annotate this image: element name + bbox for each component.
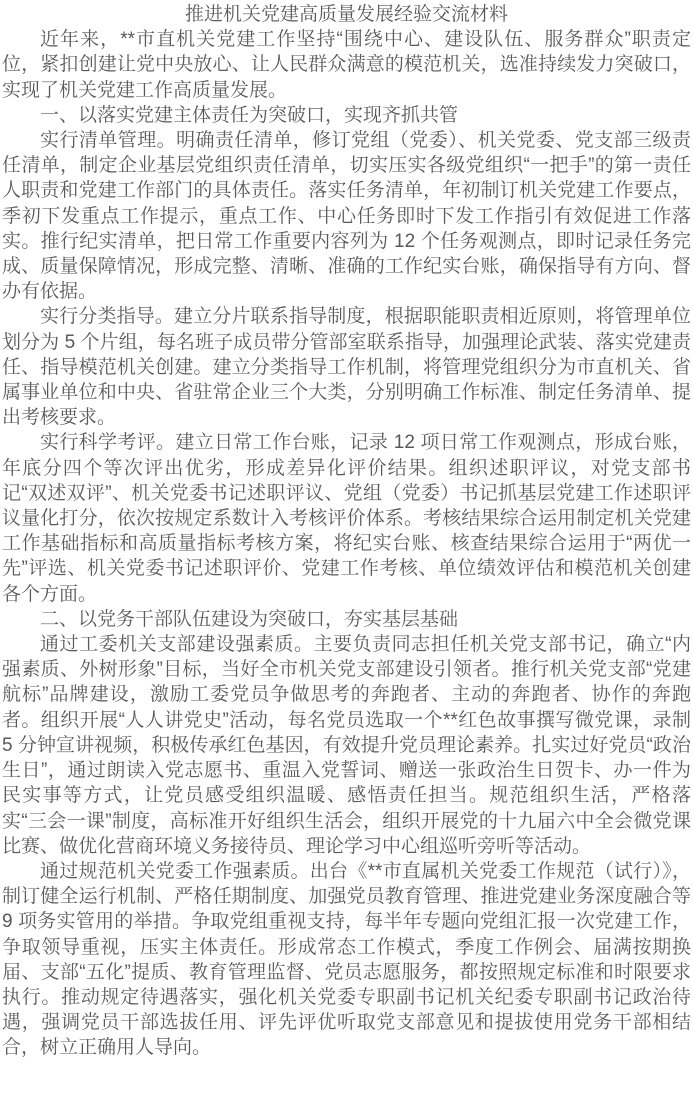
document-title: 推进机关党建高质量发展经验交流材料: [2, 2, 691, 27]
paragraph-scientific-evaluation: 实行科学考评。建立日常工作台账，记录 12 项日常工作观测点，形成台账，年底分四…: [2, 430, 691, 606]
paragraph-list-management: 实行清单管理。明确责任清单，修订党组（党委）、机关党委、党支部三级责任清单，制定…: [2, 128, 691, 304]
section-heading-2: 二、以党务干部队伍建设为突破口，夯实基层基础: [2, 607, 691, 632]
paragraph-intro: 近年来，**市直机关党建工作坚持“围绕中心、建设队伍、服务群众”职责定位，紧扣创…: [2, 27, 691, 103]
section-heading-1: 一、以落实党建主体责任为突破口，实现齐抓共管: [2, 103, 691, 128]
paragraph-committee-standardization: 通过规范机关党委工作强素质。出台《**市直属机关党委工作规范（试行）》，制订健全…: [2, 859, 691, 1061]
document-page: 推进机关党建高质量发展经验交流材料 近年来，**市直机关党建工作坚持“围绕中心、…: [0, 0, 693, 1097]
paragraph-branch-building: 通过工委机关支部建设强素质。主要负责同志担任机关党支部书记，确立“内强素质、外树…: [2, 632, 691, 859]
paragraph-classified-guidance: 实行分类指导。建立分片联系指导制度，根据职能职责相近原则，将管理单位划分为 5 …: [2, 304, 691, 430]
